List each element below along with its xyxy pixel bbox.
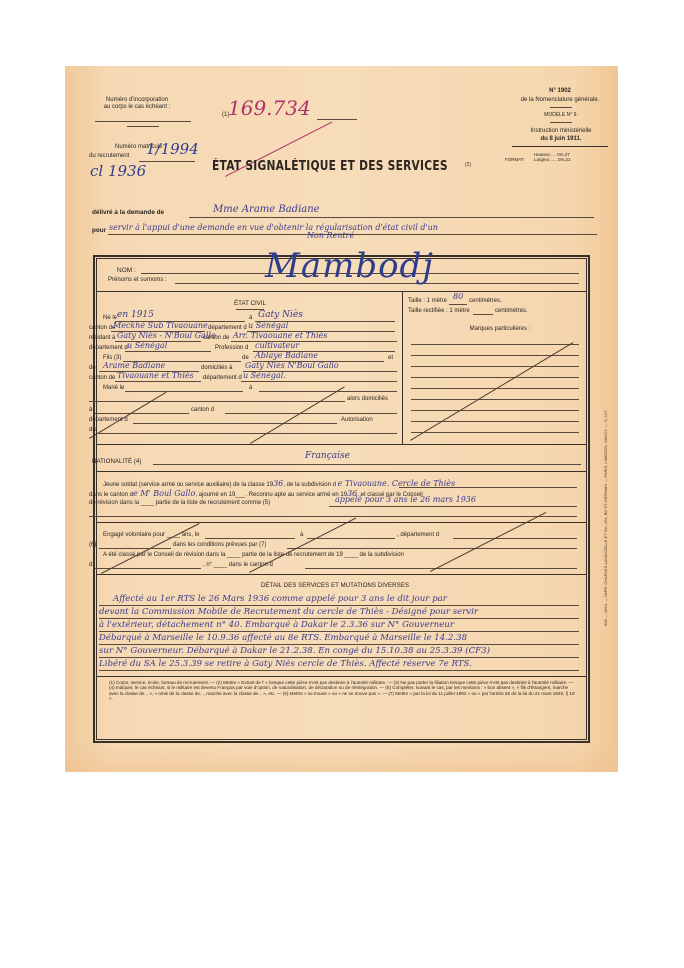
incorporation-line xyxy=(95,121,191,122)
services-line: Affecté au 1er RTS le 26 Mars 1936 comme… xyxy=(99,593,579,606)
nom-label: NOM : xyxy=(117,267,136,274)
residant-label: résidant à xyxy=(89,335,115,342)
marques-line xyxy=(411,355,579,356)
incorporation-label-line2: au corps le cas échéant : xyxy=(87,104,187,111)
canton-value: Meckhé Sub Tivaouane xyxy=(113,321,208,330)
ne-a-value: Gaty Niès xyxy=(258,310,303,320)
etat-civil-heading: ÉTAT CIVIL xyxy=(195,300,305,307)
marques-line xyxy=(411,366,579,367)
services-line: à l'extérieur, détachement n° 40. Embarq… xyxy=(99,619,579,632)
stamp-number: 169.734 xyxy=(228,96,311,120)
pere-value: Ablaye Badiane xyxy=(255,351,318,360)
nationality-separator xyxy=(96,471,587,472)
recruit-text: partie de la liste de recrutement comme … xyxy=(156,500,270,506)
services-line: Débarqué à Marseille le 10.9.36 affecté … xyxy=(99,632,579,645)
recruitment-separator xyxy=(96,522,587,523)
purpose-label: pour xyxy=(92,227,106,234)
field-line xyxy=(329,506,577,507)
title-ref: (2) xyxy=(465,162,471,169)
canton3-value: Tivaouane et Thiès xyxy=(117,371,194,380)
canton-value: e M' Boul Gallo xyxy=(133,489,195,498)
field-line xyxy=(95,413,189,414)
matricule-line xyxy=(139,161,195,162)
autorisation-label: Autorisation xyxy=(341,417,373,424)
nomenclature-label: de la Nomenclature générale. xyxy=(503,97,617,104)
field-line xyxy=(205,538,295,539)
recruit-text: Jeune soldat (service armé ou service au… xyxy=(103,482,273,488)
taille-label: Taille : 1 mètre xyxy=(408,298,447,305)
side-imprint: 609 — 1954. — IMPR. CHARLES-LAVAUZELLE E… xyxy=(603,409,608,626)
purpose-value: servir à l'appui d'une demande en vue d'… xyxy=(109,223,438,232)
engage-text: , département d xyxy=(397,532,439,539)
field-line xyxy=(287,548,577,549)
short-divider xyxy=(127,126,159,127)
engage-text: (6) xyxy=(89,542,96,549)
etat-civil-separator xyxy=(96,444,587,445)
canton2-label: canton de xyxy=(203,335,229,342)
canton3-label: canton de xyxy=(89,375,115,382)
incorporation-label-line1: Numéro d'incorporation xyxy=(87,97,187,104)
marques-line xyxy=(411,432,579,433)
field-line xyxy=(133,423,337,424)
classe-value: 36 xyxy=(273,479,283,488)
engage-text: A été classé par le Conseil de révision … xyxy=(103,552,225,558)
field-line xyxy=(115,381,201,382)
field-line xyxy=(125,391,243,392)
departement-value: u Sénégal xyxy=(248,321,288,330)
field-line xyxy=(449,304,467,305)
nationality-line xyxy=(153,464,581,465)
du-label: du xyxy=(89,427,96,434)
canton4-label: canton d xyxy=(191,407,214,414)
field-line xyxy=(473,314,493,315)
mere-value: Arame Badiane xyxy=(103,361,165,370)
profession-value: cultivateur xyxy=(255,341,299,350)
recruit-line3: de révision dans la ____ partie de la li… xyxy=(89,500,270,507)
et-label: et xyxy=(388,355,393,362)
services-line: devant la Commission Mobile de Recruteme… xyxy=(99,606,579,619)
engage-line3: A été classé par le Conseil de révision … xyxy=(103,552,404,559)
services-line: Libéré du SA le 25.3.39 se retire à Gaty… xyxy=(99,658,579,671)
services-line: sur N° Gouverneur. Débarqué à Dakar le 2… xyxy=(99,645,579,658)
engage-text: de la subdivision xyxy=(360,552,404,558)
field-line xyxy=(259,391,397,392)
departement3-value: u Sénégal. xyxy=(243,371,286,380)
nationality-value: Française xyxy=(305,451,350,461)
services-separator xyxy=(96,676,587,677)
incorporation-label: Numéro d'incorporation au corps le cas é… xyxy=(87,97,187,111)
field-line xyxy=(99,548,171,549)
nationality-label: NATIONALITÉ (4) xyxy=(92,458,141,465)
engage-line1: Engagé volontaire pour ____ ans, le xyxy=(103,532,199,539)
field-line xyxy=(399,487,577,488)
field-line xyxy=(89,401,345,402)
services-heading: DÉTAIL DES SERVICES ET MUTATIONS DIVERSE… xyxy=(205,582,465,589)
delivered-line xyxy=(189,217,594,218)
field-line xyxy=(241,381,397,382)
engage-text: partie de la liste de recrutement de 19 xyxy=(242,552,343,558)
annotation: Non Rentré xyxy=(307,231,354,240)
engage-text: , n° xyxy=(203,562,212,568)
field-line xyxy=(307,538,395,539)
ne-value: en 1915 xyxy=(117,310,154,320)
document-title: ÉTAT SIGNALÉTIQUE ET DES SERVICES xyxy=(212,159,448,174)
marques-label: Marques particulières : xyxy=(445,326,555,333)
stamp-line xyxy=(317,119,357,120)
matricule-label-line2: du recrutement xyxy=(89,153,129,160)
mere-label: de xyxy=(89,365,96,372)
class-value: cl 1936 xyxy=(90,162,146,180)
field-line xyxy=(89,516,577,517)
marie-a-label: à xyxy=(249,385,252,392)
format-values: Hauteur..... 0m,27 Largeur...... 0m,21 xyxy=(534,152,571,162)
delivered-label: délivré à la demande de xyxy=(92,209,164,216)
divider-2 xyxy=(550,122,572,123)
recruit-text: dans le canton d xyxy=(89,492,133,498)
footnotes: (1) Corps, service, école, bureau de rec… xyxy=(109,680,577,702)
residant-value: Gaty Niès - N'Boul Gallo xyxy=(117,331,216,340)
identity-separator xyxy=(96,291,587,292)
instruction-line2: du 8 juin 1911. xyxy=(505,136,617,143)
nomenclature-number: N° 1902 xyxy=(520,88,600,95)
taille-rect-unit: centimètres. xyxy=(495,308,528,315)
field-line xyxy=(305,568,577,569)
departement2-label: département d xyxy=(89,345,128,352)
divider-1 xyxy=(550,107,572,108)
delivered-value: Mme Arame Badiane xyxy=(213,204,320,215)
format-label: FORMAT xyxy=(505,156,524,163)
engage-text: Engagé volontaire pour xyxy=(103,532,165,538)
services-list: Affecté au 1er RTS le 26 Mars 1936 comme… xyxy=(99,593,579,671)
taille-value: 80 xyxy=(453,292,463,301)
departement3-label: département d xyxy=(203,375,242,382)
field-line xyxy=(225,413,397,414)
engage-text: à xyxy=(300,532,303,539)
engage-text: dans les conditions prévues par (7) xyxy=(173,542,266,549)
instruction-underline xyxy=(512,146,608,147)
engagement-separator xyxy=(96,574,587,575)
comme-value: appelé pour 3 ans le 26 mars 1936 xyxy=(335,495,476,504)
recruit-text: , ajourné en 19 xyxy=(195,492,235,498)
departement2-value: u Sénégal xyxy=(127,341,167,350)
recruit-text: . Reconnu apte au service armé en 19 xyxy=(245,492,347,498)
marques-line xyxy=(411,399,579,400)
title-text: ÉTAT SIGNALÉTIQUE ET DES SERVICES xyxy=(212,159,448,174)
marques-line xyxy=(411,421,579,422)
nom-value: Mambodj xyxy=(265,246,434,286)
canton2-value: Arr. Tivaouane et Thiès xyxy=(233,331,327,340)
engage-text: d xyxy=(89,562,92,569)
recruit-text: de révision dans la xyxy=(89,500,139,506)
recruit-text: , de la subdivision d xyxy=(283,482,336,488)
a2-label: à xyxy=(89,407,92,414)
taille-rect-label: Taille rectifiée : 1 mètre xyxy=(408,308,470,315)
marques-line xyxy=(411,344,579,345)
column-divider xyxy=(402,292,403,444)
matricule-value: 1/1994 xyxy=(146,140,199,158)
profession-label: Profession d xyxy=(215,345,248,352)
instruction-line1: Instruction ministérielle xyxy=(505,128,617,135)
alors-label: alors domiciliés xyxy=(347,396,388,403)
document-page: Numéro d'incorporation au corps le cas é… xyxy=(65,66,618,772)
field-line xyxy=(99,433,397,434)
domicilies-label: domiciliés à xyxy=(201,365,232,372)
marie-label: Marié le xyxy=(103,385,124,392)
format-largeur: Largeur...... 0m,21 xyxy=(534,157,571,162)
domicilies-value: Gaty Niès N'Boul Gallo xyxy=(245,361,339,370)
engage-text: ans, le xyxy=(182,532,200,538)
prenoms-label: Prénoms et surnoms : xyxy=(108,277,167,284)
taille-unit: centimètres. xyxy=(469,298,502,305)
marques-line xyxy=(411,410,579,411)
field-line xyxy=(453,538,577,539)
marques-line xyxy=(411,377,579,378)
field-line xyxy=(125,351,211,352)
modele-label: MODÈLE N° 9. xyxy=(523,112,599,119)
